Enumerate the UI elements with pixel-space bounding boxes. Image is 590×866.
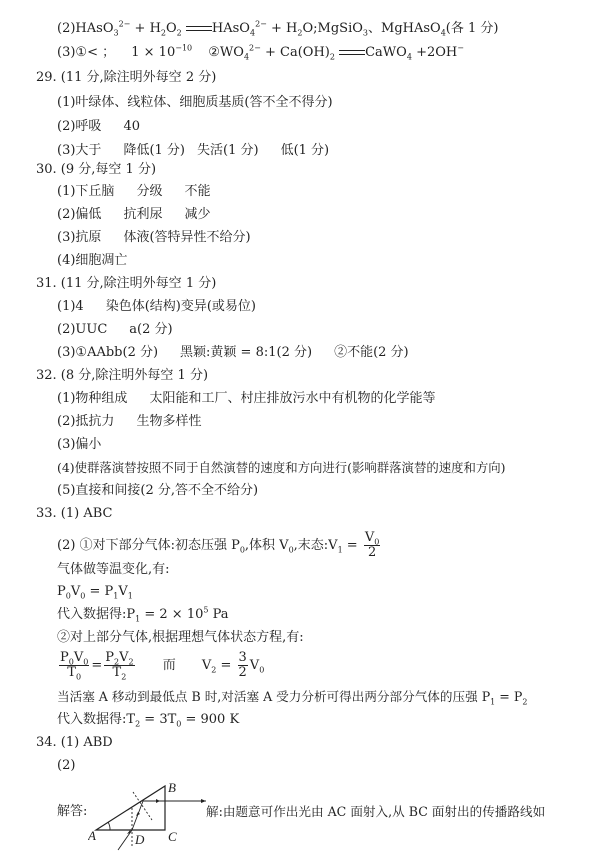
q30-item-3: (3)抗原体液(答特异性不给分) [57, 230, 251, 246]
q29-header: 29. (11 分,除注明外每空 2 分) [36, 70, 216, 86]
item-label: (1) [57, 391, 75, 406]
q32-header: 32. (8 分,除注明外每空 1 分) [36, 368, 208, 384]
symbol: V [250, 658, 259, 673]
fraction: P0V0T0 [59, 651, 89, 680]
item-label: (2) [57, 414, 75, 429]
fraction: V02 [364, 531, 380, 560]
superscript: 2− [119, 20, 131, 29]
subscript: 2 [121, 673, 126, 682]
answer: 抗利尿 [123, 207, 162, 222]
answer: 生物多样性 [136, 414, 201, 429]
superscript: 2− [249, 44, 261, 53]
symbol: V [74, 650, 83, 665]
answer: 40 [123, 119, 140, 134]
answer: < ； [87, 45, 115, 60]
formula: CaWO [365, 45, 407, 60]
subscript: 2 [177, 29, 182, 38]
text: ,体积 V [245, 538, 289, 553]
answer: 失活(1 分) [197, 143, 259, 158]
answer: 分级 [136, 184, 162, 199]
item-label: (4) [57, 460, 75, 475]
q31-header: 31. (11 分,除注明外每空 1 分) [36, 276, 216, 292]
plus: + [271, 21, 282, 36]
numerator: V [365, 530, 374, 545]
subscript: 2 [522, 698, 527, 707]
answer: 呼吸 [75, 119, 101, 134]
formula: HAsO [75, 21, 113, 36]
symbol: V [202, 658, 211, 673]
formula: WO [220, 45, 244, 60]
superscript: − [457, 44, 464, 53]
text: 当活塞 A 移动到最低点 B 时,对活塞 A 受力分析可得出两分部分气体的压强 … [57, 689, 490, 704]
q34-solution-text: 解:由题意可作出光由 AC 面射入,从 BC 面射出的传播路线如 [206, 804, 545, 820]
q33-step1: (2) ①对下部分气体:初态压强 P0,体积 V0,末态:V1 = V02 [57, 531, 382, 560]
q33-step2: ②对上部分气体,根据理想气体状态方程,有: [57, 630, 304, 646]
angle-arc [108, 822, 110, 830]
q28-part2-line: (2)HAsO32− + H2O2 HAsO42− + H2O;MgSiO3、M… [57, 21, 498, 37]
q32-item-3: (3)偏小 [57, 437, 101, 453]
q33-eq2: P0V0T0=P2V2T2 而 V2 = 32V0 [57, 651, 264, 680]
q33-header: 33. (1) ABC [36, 506, 112, 522]
symbol: P [105, 650, 114, 665]
answer: ②不能(2 分) [334, 345, 409, 360]
answer: 偏小 [75, 437, 101, 452]
answer: 降低(1 分) [123, 143, 185, 158]
superscript: −10 [175, 44, 192, 53]
value: = 900 K [181, 712, 239, 727]
answer: 体液(答特异性不给分) [123, 230, 250, 245]
symbol: T [113, 665, 122, 680]
formula: O [166, 21, 177, 36]
q33-eq1: P0V0 = P1V1 [57, 584, 133, 600]
answer: 细胞凋亡 [75, 253, 127, 268]
equals: = P [495, 689, 522, 704]
fraction: 32 [238, 651, 248, 680]
answer: 物种组成 [75, 391, 127, 406]
text: 代入数据得:P [57, 607, 135, 622]
score-note: (各 1 分) [446, 21, 499, 36]
subscript: 4 [244, 53, 249, 62]
formula: O [302, 21, 313, 36]
circled-number: ② [208, 45, 220, 60]
formula: MgSiO [318, 21, 363, 36]
answer: UUC [75, 322, 107, 337]
symbol: P [105, 584, 114, 599]
q29-item-1: (1)叶绿体、线粒体、细胞质基质(答不全不得分) [57, 95, 333, 111]
symbol: T [67, 665, 76, 680]
denominator: 2 [364, 546, 380, 560]
answer: 染色体(结构)变异(或易位) [106, 299, 256, 314]
answer: 直接和间接(2 分,答不全不给分) [75, 483, 258, 498]
answer: 黑颖:黄颖 = 8:1(2 分) [180, 345, 312, 360]
q32-item-5: (5)直接和间接(2 分,答不全不给分) [57, 483, 258, 499]
item-label: (3) [57, 230, 75, 245]
answer: 使群落演替按照不同于自然演替的速度和方向进行(影响群落演替的速度和方向) [75, 460, 506, 475]
plus: + [265, 45, 276, 60]
answer: 不能 [184, 184, 210, 199]
formula: MgHAsO [381, 21, 441, 36]
q33-piston: 当活塞 A 移动到最低点 B 时,对活塞 A 受力分析可得出两分部分气体的压强 … [57, 689, 527, 705]
answer: 下丘脑 [75, 184, 114, 199]
q30-item-1: (1)下丘脑分级不能 [57, 184, 210, 200]
unit: Pa [208, 607, 228, 622]
text: 而 [163, 658, 176, 673]
equals: = [216, 658, 235, 673]
q31-item-1: (1)4染色体(结构)变异(或易位) [57, 299, 256, 315]
item-label: (1) [57, 184, 75, 199]
q34-part2-label: (2) [57, 758, 75, 774]
symbol: P [60, 650, 69, 665]
item-label: (3) [57, 45, 75, 60]
q30-item-2: (2)偏低抗利尿减少 [57, 207, 210, 223]
item-label: (3) [57, 437, 75, 452]
denominator: 2 [238, 666, 248, 680]
answer: 减少 [184, 207, 210, 222]
text: ,末态:V [294, 538, 338, 553]
q31-item-2: (2)UUCa(2 分) [57, 322, 173, 338]
superscript: 2− [255, 20, 267, 29]
symbol: V [71, 584, 80, 599]
q29-item-3: (3)大于降低(1 分)失活(1 分)低(1 分) [57, 143, 329, 159]
item-label: (3) [57, 143, 75, 158]
item-label: (4) [57, 253, 75, 268]
answer: 叶绿体、线粒体、细胞质基质(答不全不得分) [75, 95, 332, 110]
text: 代入数据得:T [57, 712, 135, 727]
formula: Ca(OH) [280, 45, 330, 60]
answer: ①AAbb(2 分) [75, 345, 158, 360]
answer: 偏低 [75, 207, 101, 222]
q34-header: 34. (1) ABD [36, 735, 113, 751]
value: = 3T [140, 712, 176, 727]
arrow-head [201, 799, 206, 803]
symbol: P [57, 584, 66, 599]
item-label: (1) [57, 299, 75, 314]
subscript: 3 [113, 29, 118, 38]
arrow-head [156, 799, 160, 803]
plus: + [135, 21, 146, 36]
answer: 抵抗力 [75, 414, 114, 429]
q32-item-1: (1)物种组成太阳能和工厂、村庄排放污水中有机物的化学能等 [57, 391, 435, 407]
plus: + [416, 45, 427, 60]
value: = 2 × 10 [140, 607, 203, 622]
item-label: (5) [57, 483, 75, 498]
q28-part3-line: (3)①< ； 1 × 10−10 ②WO42− + Ca(OH)2 CaWO4… [57, 45, 464, 61]
answer: 4 [75, 299, 83, 314]
answer: 低(1 分) [281, 143, 330, 158]
item-label: (2) [57, 207, 75, 222]
reaction-equals-sign [186, 25, 212, 33]
label-c: C [168, 829, 177, 844]
q33-result2: 代入数据得:T2 = 3T0 = 900 K [57, 712, 239, 728]
q30-item-4: (4)细胞凋亡 [57, 253, 127, 269]
q32-item-2: (2)抵抗力生物多样性 [57, 414, 201, 430]
subscript: 1 [128, 592, 133, 601]
prism-triangle [96, 786, 165, 830]
equals: = [85, 584, 104, 599]
formula: H [286, 21, 297, 36]
formula: HAsO [212, 21, 250, 36]
item-label: (2) [57, 119, 75, 134]
subscript: 0 [259, 666, 264, 675]
label-b: B [168, 780, 176, 795]
q34-answer-label: 解答: [57, 804, 87, 820]
subscript: 4 [407, 53, 412, 62]
subscript: 0 [76, 673, 81, 682]
item-label: (2) [57, 21, 75, 36]
formula: H [150, 21, 161, 36]
label-d: D [134, 832, 145, 847]
equals: = [91, 658, 102, 673]
text: ①对下部分气体:初态压强 P [80, 538, 240, 553]
subscript: 0 [83, 658, 88, 667]
equals: = [343, 538, 362, 553]
fraction: P2V2T2 [104, 651, 134, 680]
q33-isothermal: 气体做等温变化,有: [57, 562, 170, 578]
q29-item-2: (2)呼吸40 [57, 119, 140, 135]
q30-header: 30. (9 分,每空 1 分) [36, 162, 156, 178]
answer: 抗原 [75, 230, 101, 245]
reaction-equals-sign [339, 49, 365, 57]
q31-item-3: (3)①AAbb(2 分)黑颖:黄颖 = 8:1(2 分)②不能(2 分) [57, 345, 409, 361]
symbol: V [118, 584, 127, 599]
subscript: 2 [128, 658, 133, 667]
q33-result1: 代入数据得:P1 = 2 × 105 Pa [57, 607, 229, 623]
numerator: 3 [238, 651, 248, 666]
subscript: 4 [250, 29, 255, 38]
prism-light-path-diagram: A B C D [88, 778, 208, 858]
item-label: (1) [57, 95, 75, 110]
answer: 太阳能和工厂、村庄排放污水中有机物的化学能等 [149, 391, 435, 406]
answer: 大于 [75, 143, 101, 158]
separator: 、 [368, 21, 381, 36]
answer: a(2 分) [129, 322, 172, 337]
q32-item-4: (4)使群落演替按照不同于自然演替的速度和方向进行(影响群落演替的速度和方向) [57, 460, 506, 476]
answer: 1 × 10 [131, 45, 175, 60]
item-label: (2) [57, 322, 75, 337]
circled-number: ① [75, 45, 87, 60]
label-a: A [88, 828, 96, 843]
item-label: (3) [57, 345, 75, 360]
formula: 2OH [427, 45, 457, 60]
subscript: 2 [330, 53, 335, 62]
item-label: (2) [57, 538, 75, 553]
